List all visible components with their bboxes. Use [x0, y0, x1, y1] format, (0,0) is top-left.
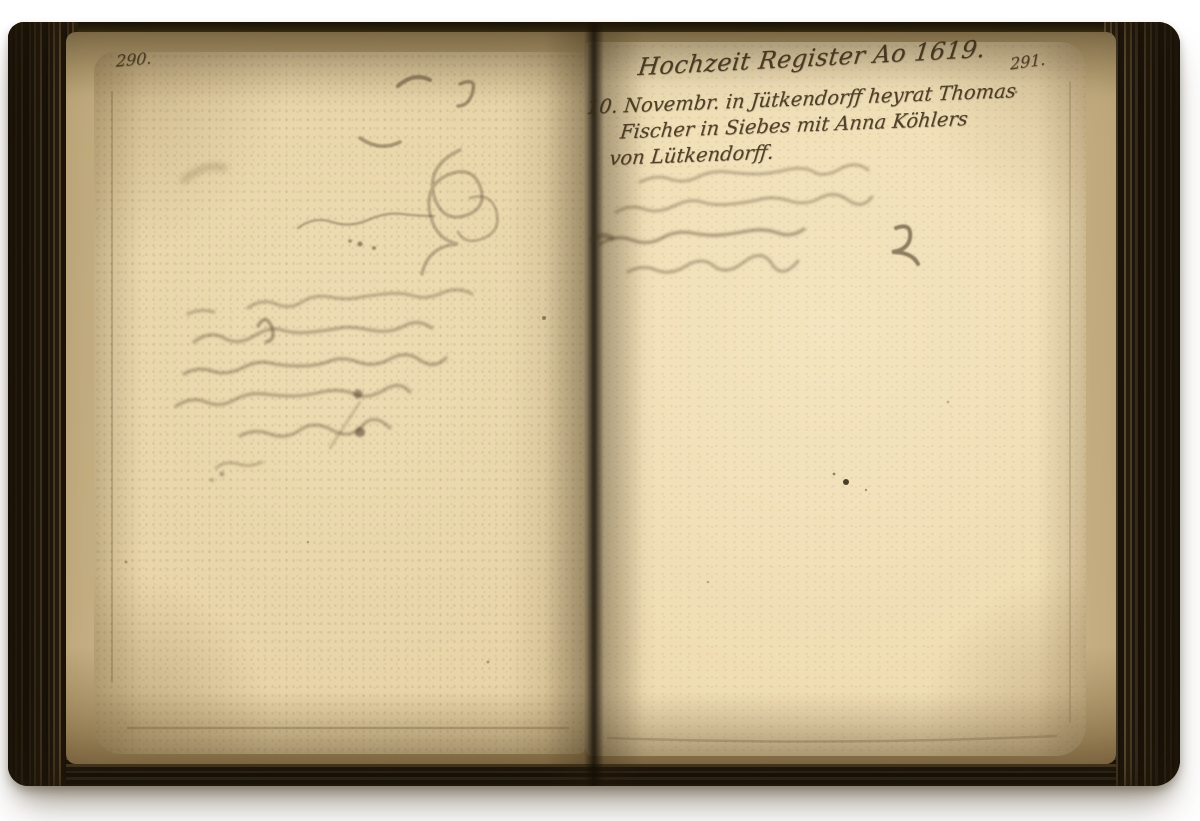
left-page-number: 290. [116, 48, 152, 70]
open-manuscript-book: 290. 291. Hochzeit Register Ao 1619. 10.… [8, 22, 1180, 786]
left-page [94, 52, 586, 754]
